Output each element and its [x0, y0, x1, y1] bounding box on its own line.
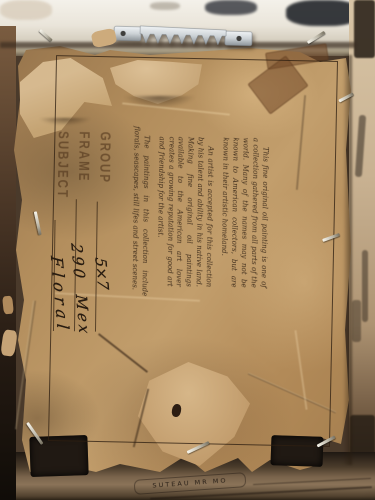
- gallery-label: This fine original oil painting is one o…: [49, 113, 270, 340]
- field-row-group: GROUP 5×7: [95, 132, 119, 332]
- sawtooth-hanger: [113, 22, 254, 54]
- sawtooth-teeth: [140, 26, 226, 45]
- frame-left-edge: [0, 26, 16, 500]
- wood-stain: [354, 0, 375, 58]
- handwritten-value-subject: Floral: [47, 255, 73, 334]
- field-label-group: GROUP: [97, 132, 115, 185]
- field-rule-line: 290 Mex: [74, 200, 98, 332]
- field-rule-line: Floral: [53, 220, 77, 331]
- paint-smudge: [205, 0, 257, 15]
- field-rule-line: 5×7: [95, 201, 119, 331]
- label-form: GROUP 5×7 FRAME 290 Mex SUBJECT Floral: [53, 131, 119, 332]
- field-row-subject: SUBJECT Floral: [53, 131, 77, 331]
- paint-smudge: [150, 2, 180, 10]
- paint-smudge: [0, 0, 52, 20]
- wood-stain: [362, 250, 368, 322]
- wood-stain: [352, 300, 361, 342]
- paper-scrap: [2, 296, 14, 315]
- label-paragraph: An artist is accepted for this collectio…: [153, 136, 215, 287]
- paper-edge-shadow: [343, 55, 352, 465]
- field-row-frame: FRAME 290 Mex: [74, 131, 98, 331]
- label-paragraph: The paintings in this collection include…: [128, 126, 150, 296]
- label-paragraph: This fine original oil painting is one o…: [218, 137, 270, 288]
- field-label-frame: FRAME: [76, 131, 94, 182]
- picture-frame-back-photo: This fine original oil painting is one o…: [0, 0, 375, 500]
- field-label-subject: SUBJECT: [55, 131, 73, 199]
